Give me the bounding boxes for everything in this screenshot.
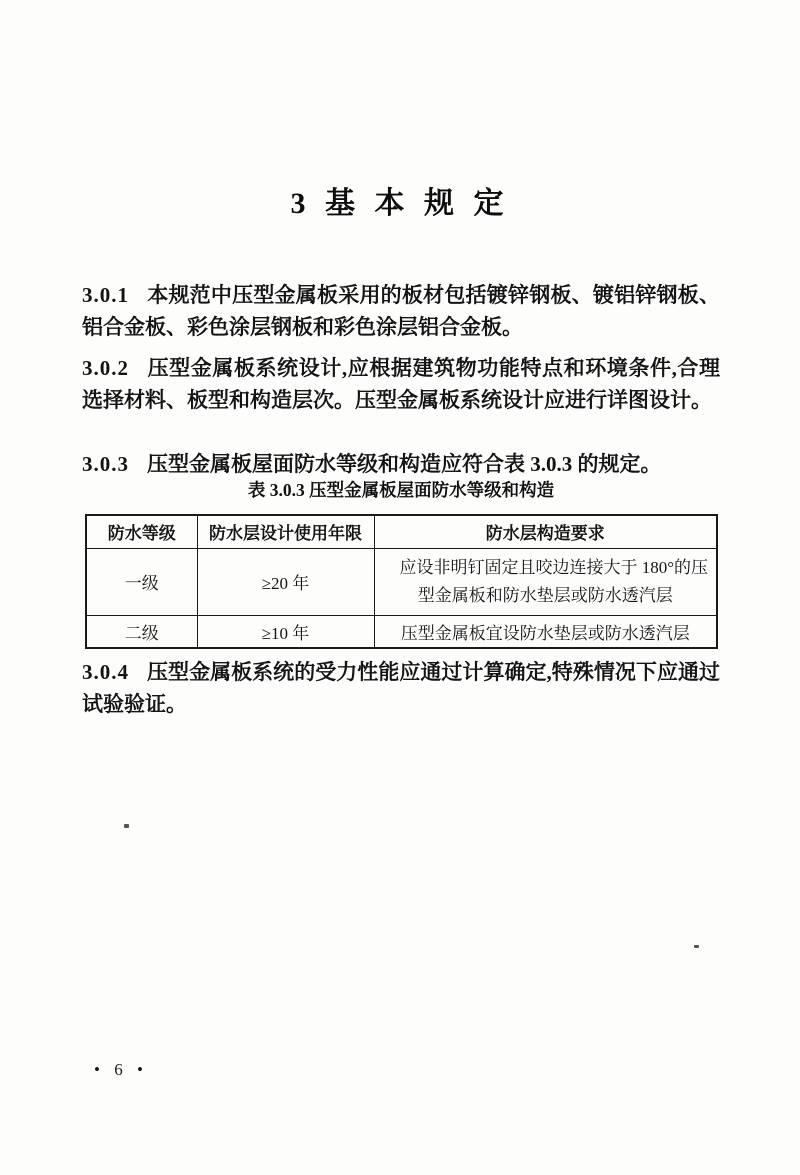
cell-service-life: ≥10 年 (197, 615, 374, 648)
chapter-title: 3 基 本 规 定 (0, 178, 800, 222)
table-row: 一级 ≥20 年 应设非明钉固定且咬边连接大于 180°的压型金属板和防水垫层或… (86, 548, 717, 615)
section-3-0-3: 3.0.3压型金属板屋面防水等级和构造应符合表 3.0.3 的规定。 (82, 448, 720, 480)
cell-requirements: 应设非明钉固定且咬边连接大于 180°的压型金属板和防水垫层或防水透汽层 (374, 548, 717, 615)
header-cell-grade: 防水等级 (86, 515, 197, 548)
section-text: 压型金属板屋面防水等级和构造应符合表 3.0.3 的规定。 (147, 452, 662, 476)
cell-requirements: 压型金属板宜设防水垫层或防水透汽层 (374, 615, 717, 648)
section-number: 3.0.3 (82, 452, 129, 476)
section-3-0-4: 3.0.4压型金属板系统的受力性能应通过计算确定,特殊情况下应通过试验验证。 (82, 656, 720, 720)
section-text: 本规范中压型金属板采用的板材包括镀锌钢板、镀铝锌钢板、铝合金板、彩色涂层钢板和彩… (82, 283, 720, 339)
section-3-0-1: 3.0.1本规范中压型金属板采用的板材包括镀锌钢板、镀铝锌钢板、铝合金板、彩色涂… (82, 279, 720, 343)
section-3-0-2: 3.0.2压型金属板系统设计,应根据建筑物功能特点和环境条件,合理选择材料、板型… (82, 352, 720, 416)
header-cell-service-life: 防水层设计使用年限 (197, 515, 374, 548)
section-number: 3.0.2 (82, 356, 129, 380)
section-number: 3.0.1 (82, 283, 129, 307)
section-number: 3.0.4 (82, 660, 129, 684)
table-caption: 表 3.0.3 压型金属板屋面防水等级和构造 (82, 477, 720, 502)
cell-grade: 二级 (86, 615, 197, 648)
page-number: • 6 • (94, 1060, 148, 1080)
waterproof-grade-table: 防水等级 防水层设计使用年限 防水层构造要求 一级 ≥20 年 应设非明钉固定且… (85, 514, 718, 649)
header-cell-requirements: 防水层构造要求 (374, 515, 717, 548)
table-header-row: 防水等级 防水层设计使用年限 防水层构造要求 (86, 515, 717, 548)
table-row: 二级 ≥10 年 压型金属板宜设防水垫层或防水透汽层 (86, 615, 717, 648)
cell-grade: 一级 (86, 548, 197, 615)
section-text: 压型金属板系统的受力性能应通过计算确定,特殊情况下应通过试验验证。 (82, 660, 720, 716)
section-text: 压型金属板系统设计,应根据建筑物功能特点和环境条件,合理选择材料、板型和构造层次… (82, 356, 720, 412)
scan-artifact (124, 824, 129, 828)
scan-artifact (694, 945, 699, 948)
document-page: 3 基 本 规 定 3.0.1本规范中压型金属板采用的板材包括镀锌钢板、镀铝锌钢… (0, 0, 800, 1175)
cell-service-life: ≥20 年 (197, 548, 374, 615)
